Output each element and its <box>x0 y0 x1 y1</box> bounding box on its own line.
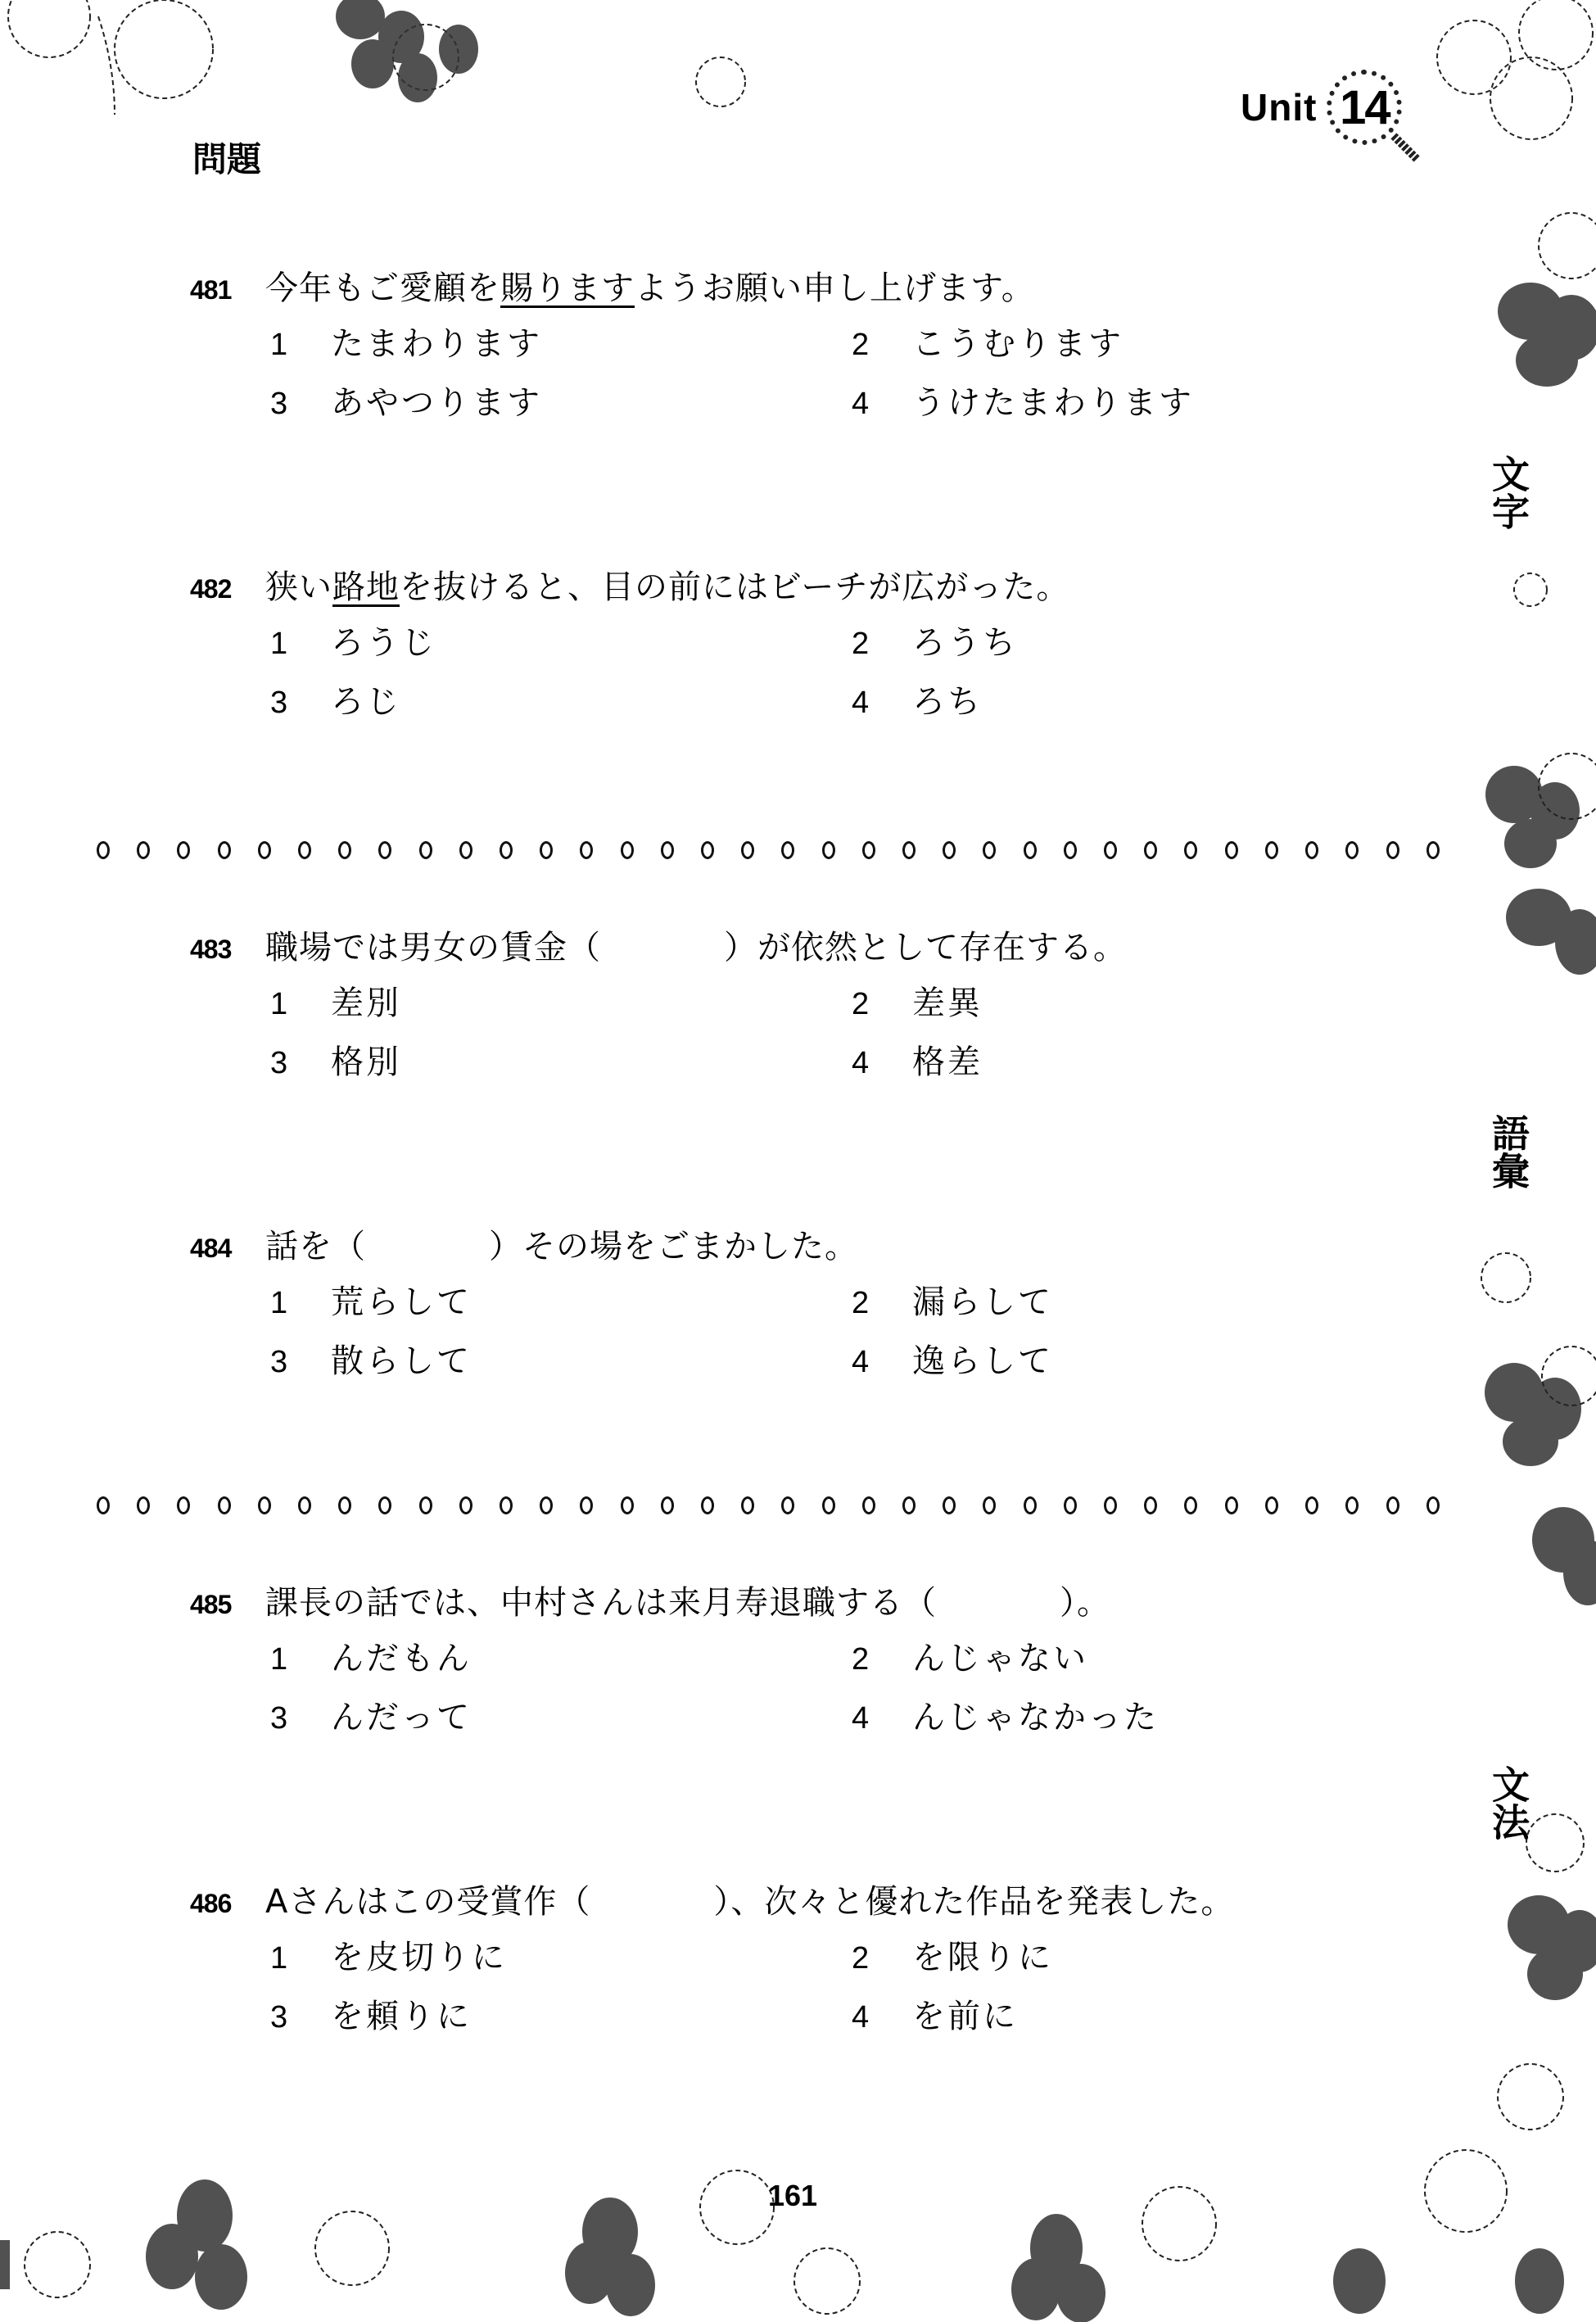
answer-options: 1ろうじ 2ろうち 3ろじ 4ろち <box>265 617 1256 725</box>
option-4[interactable]: 4うけたまわります <box>847 377 1256 426</box>
side-label-bunpo: 文法 <box>1489 1765 1530 1840</box>
question-number: 483 <box>190 935 265 965</box>
option-3[interactable]: 3散らして <box>265 1335 847 1384</box>
option-1[interactable]: 1ろうじ <box>265 617 847 666</box>
option-2[interactable]: 2差異 <box>847 977 1256 1026</box>
underlined-word: 路地 <box>332 568 400 606</box>
answer-options: 1んだもん 2んじゃない 3んだって 4んじゃなかった <box>265 1632 1256 1740</box>
option-2[interactable]: 2んじゃない <box>847 1632 1256 1682</box>
underlined-word: 賜ります <box>500 269 635 307</box>
question-number: 482 <box>190 574 265 604</box>
option-3[interactable]: 3んだって <box>265 1691 847 1740</box>
question-483: 483 職場では男女の賃金（）が依然として存在する。 1差別 2差異 3格別 4… <box>190 921 1256 1085</box>
option-1[interactable]: 1荒らして <box>265 1276 847 1325</box>
question-text: 今年もご愛顧を賜りますようお願い申し上げます。 <box>265 262 1035 309</box>
answer-options: 1差別 2差異 3格別 4格差 <box>265 977 1256 1085</box>
question-number: 485 <box>190 1590 265 1620</box>
option-4[interactable]: 4格差 <box>847 1036 1256 1085</box>
option-1[interactable]: 1んだもん <box>265 1632 847 1682</box>
option-4[interactable]: 4んじゃなかった <box>847 1691 1256 1740</box>
answer-options: 1荒らして 2漏らして 3散らして 4逸らして <box>265 1276 1256 1384</box>
question-number: 486 <box>190 1889 265 1919</box>
flower-decoration-bottom <box>0 2125 1596 2322</box>
answer-options: 1たまわります 2こうむります 3あやつります 4うけたまわります <box>265 318 1256 426</box>
question-482: 482 狭い路地を抜けると、目の前にはビーチが広がった。 1ろうじ 2ろうち 3… <box>190 561 1256 725</box>
section-divider <box>97 1496 1440 1514</box>
magnifier-handle-icon <box>1391 133 1420 161</box>
side-label-moji: 文字 <box>1489 455 1530 530</box>
option-2[interactable]: 2こうむります <box>847 318 1256 367</box>
question-text: 狭い路地を抜けると、目の前にはビーチが広がった。 <box>265 561 1069 608</box>
section-divider <box>97 841 1440 859</box>
unit-header: Unit 14 <box>1241 70 1402 145</box>
question-485: 485 課長の話では、中村さんは来月寿退職する（）。 1んだもん 2んじゃない … <box>190 1577 1256 1740</box>
question-486: 486 Aさんはこの受賞作（）、次々と優れた作品を発表した。 1を皮切りに 2を… <box>190 1876 1256 2039</box>
option-1[interactable]: 1差別 <box>265 977 847 1026</box>
option-2[interactable]: 2漏らして <box>847 1276 1256 1325</box>
option-3[interactable]: 3ろじ <box>265 676 847 725</box>
page-number: 161 <box>768 2179 817 2213</box>
unit-number-badge: 14 <box>1327 70 1402 145</box>
question-484: 484 話を（）その場をごまかした。 1荒らして 2漏らして 3散らして 4逸ら… <box>190 1220 1256 1384</box>
option-2[interactable]: 2を限りに <box>847 1931 1256 1980</box>
answer-options: 1を皮切りに 2を限りに 3を頼りに 4を前に <box>265 1931 1256 2039</box>
option-1[interactable]: 1たまわります <box>265 318 847 367</box>
question-481: 481 今年もご愛顧を賜りますようお願い申し上げます。 1たまわります 2こうむ… <box>190 262 1256 426</box>
question-number: 481 <box>190 275 265 306</box>
unit-label: Unit <box>1241 85 1317 129</box>
question-text: Aさんはこの受賞作（）、次々と優れた作品を発表した。 <box>265 1876 1234 1922</box>
option-4[interactable]: 4逸らして <box>847 1335 1256 1384</box>
question-text: 課長の話では、中村さんは来月寿退職する（）。 <box>265 1577 1110 1623</box>
option-3[interactable]: 3格別 <box>265 1036 847 1085</box>
question-text: 職場では男女の賃金（）が依然として存在する。 <box>265 921 1127 968</box>
option-2[interactable]: 2ろうち <box>847 617 1256 666</box>
option-4[interactable]: 4ろち <box>847 676 1256 725</box>
side-label-goi: 語彙 <box>1489 1114 1530 1189</box>
option-3[interactable]: 3あやつります <box>265 377 847 426</box>
question-number: 484 <box>190 1233 265 1264</box>
option-1[interactable]: 1を皮切りに <box>265 1931 847 1980</box>
option-3[interactable]: 3を頼りに <box>265 1990 847 2039</box>
question-text: 話を（）その場をごまかした。 <box>265 1220 858 1267</box>
section-title: 問題 <box>192 133 261 182</box>
option-4[interactable]: 4を前に <box>847 1990 1256 2039</box>
unit-number: 14 <box>1340 80 1390 135</box>
